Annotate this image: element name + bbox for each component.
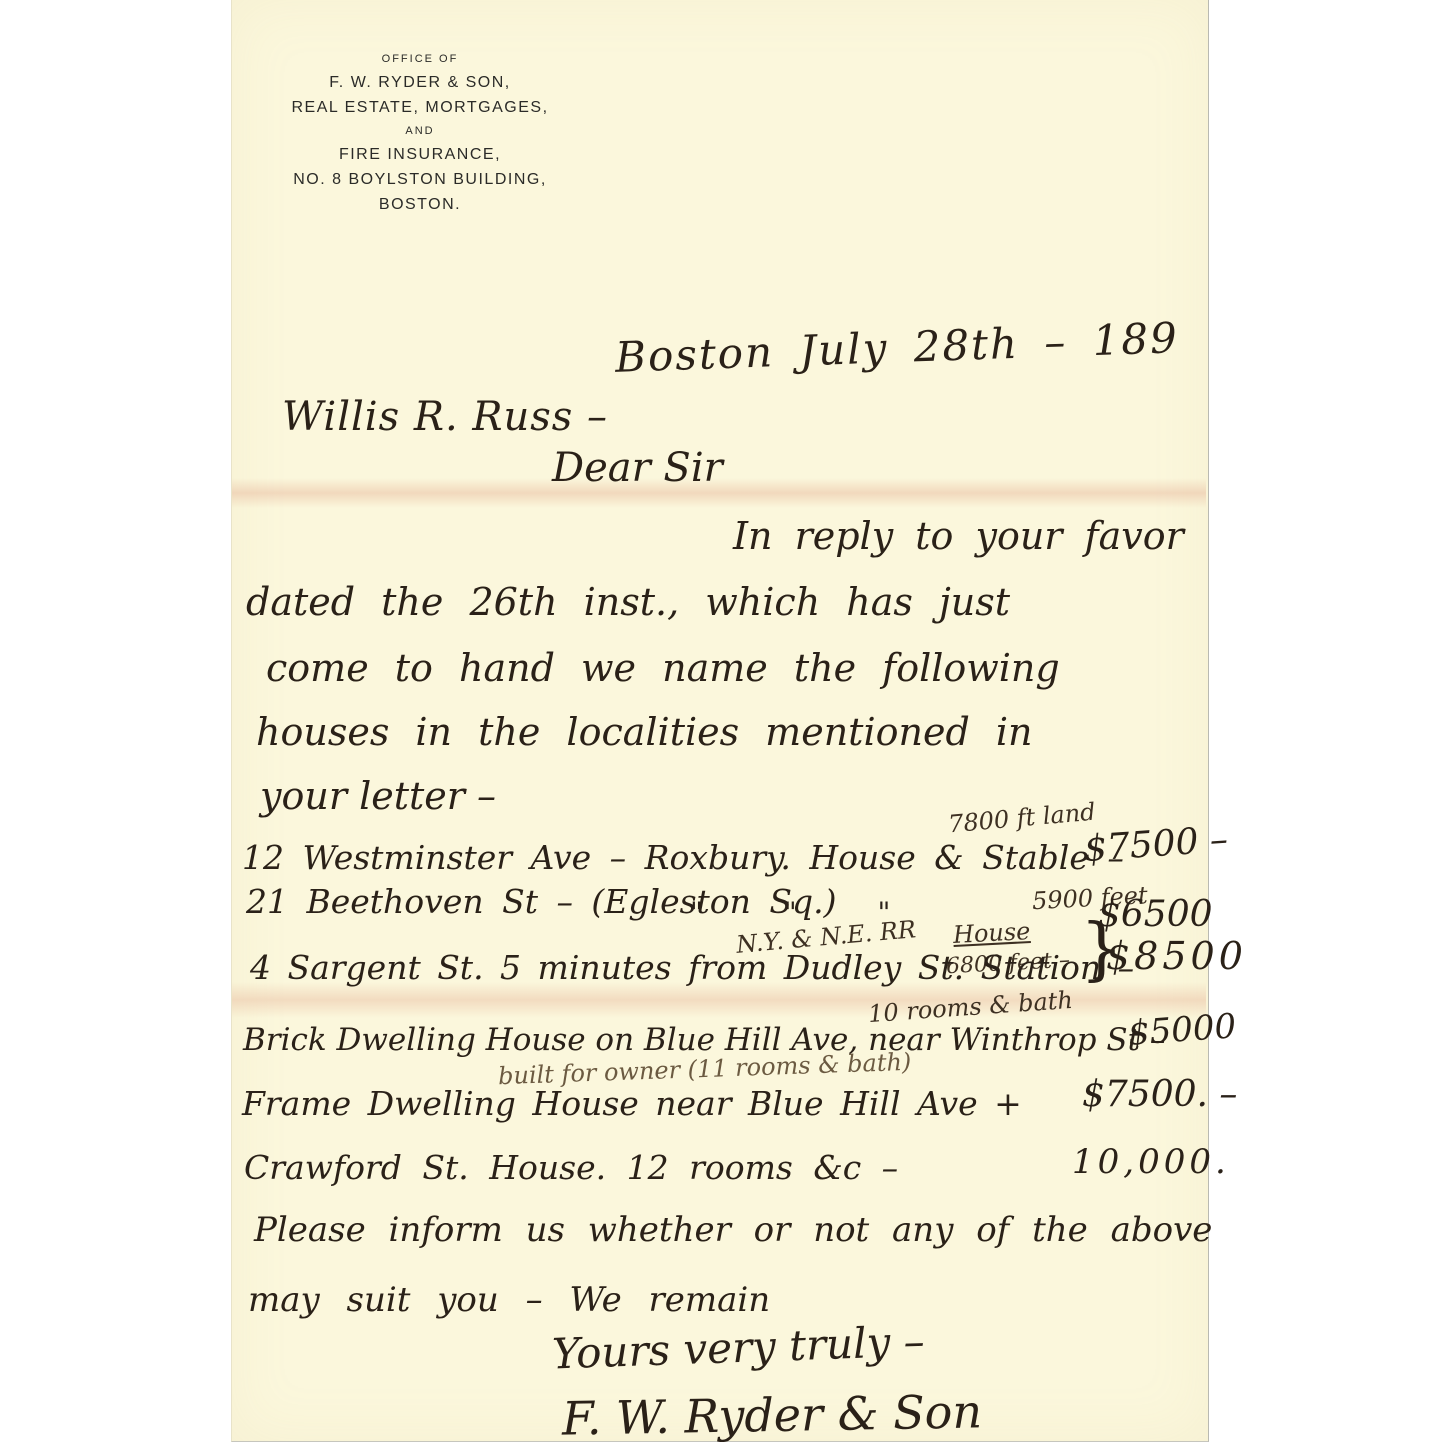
recipient-line: Willis R. Russ –: [282, 397, 608, 437]
letterhead-line: F. W. RYDER & SON,: [290, 70, 550, 95]
body-line: dated the 26th inst., which has just: [246, 583, 1010, 621]
salutation: Dear Sir: [552, 448, 723, 488]
listing-price: 10,000.: [1072, 1145, 1230, 1179]
body-line: come to hand we name the following: [266, 649, 1060, 687]
letterhead-line: AND: [290, 120, 550, 142]
listing-price: $7500 –: [1083, 822, 1229, 868]
closing-line: may suit you – We remain: [248, 1283, 770, 1317]
listing-text: Brick Dwelling House on Blue Hill Ave, n…: [243, 1025, 1165, 1056]
scanned-letter-page: OFFICE OF F. W. RYDER & SON, REAL ESTATE…: [0, 0, 1445, 1445]
body-line: your letter –: [260, 777, 496, 815]
letterhead-line: NO. 8 BOYLSTON BUILDING,: [290, 167, 550, 192]
signature: F. W. Ryder & Son: [562, 1388, 983, 1441]
body-line: houses in the localities mentioned in: [256, 713, 1032, 751]
letterhead-line: OFFICE OF: [290, 48, 550, 70]
closing-line: Please inform us whether or not any of t…: [254, 1213, 1212, 1247]
listing-text: 12 Westminster Ave – Roxbury. House & St…: [242, 841, 1124, 874]
listing-text: Frame Dwelling House near Blue Hill Ave …: [242, 1087, 1022, 1120]
letterhead-line: FIRE INSURANCE,: [290, 142, 550, 167]
letterhead: OFFICE OF F. W. RYDER & SON, REAL ESTATE…: [290, 48, 550, 217]
listing-text: 4 Sargent St. 5 minutes from Dudley St. …: [250, 951, 1134, 984]
listing-price: $5000: [1127, 1009, 1237, 1050]
listing-text: Crawford St. House. 12 rooms &c –: [244, 1151, 898, 1184]
listing-price: $7500. –: [1082, 1077, 1237, 1113]
letterhead-line: REAL ESTATE, MORTGAGES,: [290, 95, 550, 120]
body-line: In reply to your favor: [733, 517, 1184, 555]
letterhead-line: BOSTON.: [290, 192, 550, 217]
listing-price: $8500: [1106, 937, 1247, 975]
valediction: Yours very truly –: [551, 1321, 925, 1376]
listing-note: House: [952, 919, 1031, 947]
